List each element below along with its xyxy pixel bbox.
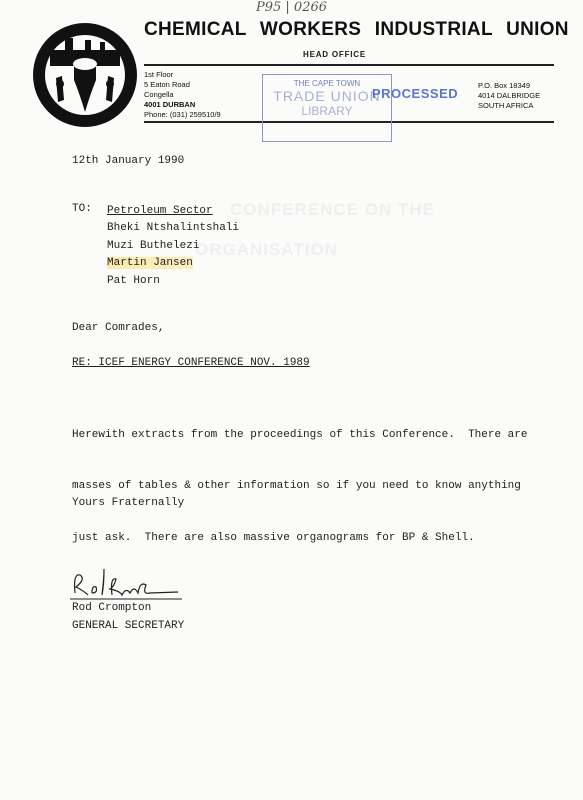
stamp-line: LIBRARY xyxy=(263,104,391,118)
recipient-item: Martin Jansen xyxy=(107,255,239,272)
signatory-name: Rod Crompton xyxy=(72,602,151,614)
signatory-title: GENERAL SECRETARY xyxy=(72,620,184,632)
bleedthrough-line-1: CONFERENCE ON THE xyxy=(230,200,435,220)
letterhead-title: CHEMICAL WORKERS INDUSTRIAL UNION xyxy=(144,19,569,41)
address-line: Phone: (031) 259510/9 xyxy=(144,110,221,120)
library-stamp: THE CAPE TOWN TRADE UNION LIBRARY xyxy=(262,74,392,142)
body-line: masses of tables & other information so … xyxy=(72,478,527,495)
address-right: P.O. Box 18349 4014 DALBRIDGE SOUTH AFRI… xyxy=(478,81,540,111)
fist-factory-icon xyxy=(30,20,140,130)
address-line: 4014 DALBRIDGE xyxy=(478,91,540,101)
address-line: P.O. Box 18349 xyxy=(478,81,540,91)
union-logo xyxy=(30,20,140,130)
recipient-item: Muzi Buthelezi xyxy=(107,238,239,255)
body-line: just ask. There are also massive organog… xyxy=(72,530,527,547)
recipient-item: Pat Horn xyxy=(107,273,239,290)
salutation: Dear Comrades, xyxy=(72,322,164,334)
recipient-list: Petroleum Sector Bheki Ntshalintshali Mu… xyxy=(107,203,239,290)
recipient-item: Petroleum Sector xyxy=(107,203,239,220)
address-line: 1st Floor xyxy=(144,70,221,80)
letter-body: Herewith extracts from the proceedings o… xyxy=(72,392,527,565)
header-rule-top xyxy=(144,64,554,66)
address-line: Congella xyxy=(144,90,221,100)
closing: Yours Fraternally xyxy=(72,497,184,509)
highlighted-recipient: Martin Jansen xyxy=(107,257,193,269)
body-line: Herewith extracts from the proceedings o… xyxy=(72,427,527,444)
processed-stamp: PROCESSED xyxy=(372,86,458,101)
to-label: TO: xyxy=(72,203,92,215)
subject-line: RE: ICEF ENERGY CONFERENCE NOV. 1989 xyxy=(72,357,310,369)
recipient-item: Bheki Ntshalintshali xyxy=(107,220,239,237)
address-line: 5 Eaton Road xyxy=(144,80,221,90)
address-line: SOUTH AFRICA xyxy=(478,101,540,111)
address-left: 1st Floor 5 Eaton Road Congella 4001 DUR… xyxy=(144,70,221,120)
archive-reference: P95 | 0266 xyxy=(256,0,327,15)
letter-date: 12th January 1990 xyxy=(72,155,184,167)
signature-icon xyxy=(70,565,190,605)
address-line: 4001 DURBAN xyxy=(144,100,221,110)
head-office-label: HEAD OFFICE xyxy=(303,50,366,59)
